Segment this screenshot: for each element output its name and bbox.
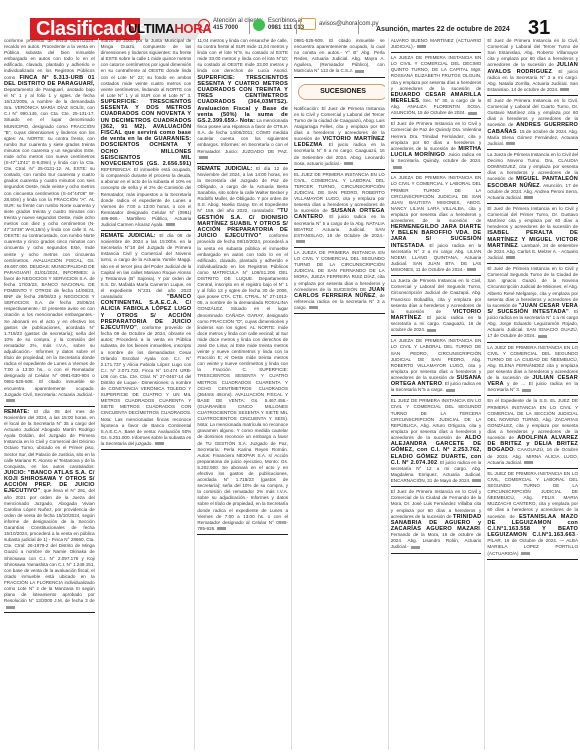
ad-text: EL JUEZ DE PRIMERA INSTANCIA EN LO CIVIL… — [487, 471, 578, 519]
classified-ad: LA JUEZ DE PRIMERA INSTANCIA EN LO CIVIL… — [487, 345, 578, 397]
logo-ultima: ULTIMA — [128, 21, 174, 36]
ad-signature-mark — [446, 389, 455, 392]
ad-heading: REMATE: — [4, 409, 29, 415]
classified-ad: LA JUEZA DE PRIMERA INSTANCIA EN LO CIVI… — [391, 175, 482, 276]
divider — [296, 20, 297, 34]
classified-ad: REMATE JUDICIAL: El día 08 de noviembre … — [101, 233, 192, 450]
classified-ad: El Juez de Primera Instancia en lo Civil… — [487, 266, 578, 342]
ad-text: conforme proveído de fecha 04/07/2024, r… — [4, 38, 95, 80]
ad-signature-mark — [467, 268, 476, 271]
mail-icon — [300, 18, 316, 30]
contact-whatsapp-value: 0981 111 013 — [268, 25, 304, 31]
classified-ad: 0981-525-509. El citado inmueble se encu… — [294, 38, 385, 78]
ad-signature-mark — [296, 240, 305, 243]
ad-signature-mark — [309, 306, 318, 309]
ad-signature-mark — [427, 329, 436, 332]
contact-whatsapp-label: Escríbinos al — [268, 18, 302, 24]
ad-signature-mark — [6, 606, 15, 609]
classifieds-columns: conforme proveído de fecha 04/07/2024, r… — [4, 38, 578, 750]
classified-ad: EL JUEZ DE PRIMERA INSTANCIA EN LO CIVIL… — [391, 398, 482, 487]
ad-text-tail: , conforme proveído de fecha 09 de Octub… — [101, 325, 192, 446]
section-title: Clasificados — [30, 18, 140, 40]
ad-signature-mark — [199, 156, 208, 159]
ad-text: En el Expediente de la S.S. EL JUEZ DE P… — [487, 398, 578, 440]
ad-text: LA JUEZA DE PRIMERA INSTANCIA EN LO CIVI… — [391, 175, 482, 223]
ad-signature-mark — [506, 142, 515, 145]
ad-signature-mark — [524, 461, 533, 464]
contact-email-value: avisos@uhora.com.py — [319, 21, 378, 28]
classified-ad: EL JUEZ DE PRIMERA INSTANCIA EN LO CIVIL… — [487, 471, 578, 560]
ad-signature-mark — [472, 479, 481, 482]
classified-ad: El Juez de Primera Instancia en lo Civil… — [487, 98, 578, 150]
ad-signature-mark — [217, 527, 226, 530]
ad-signature-mark — [522, 389, 531, 392]
classified-ad: LA JUEZA DE PRIMERA INSTANCIA EN LO CIVI… — [391, 55, 482, 119]
classified-ad: REMATE: El día 05 del mes de Noviembre d… — [4, 409, 95, 614]
page-number: 31 — [528, 17, 550, 40]
ad-text: LA JUEZA DE PRIMERA INSTANCIA EN LO CIVI… — [391, 55, 482, 90]
ad-signature-mark — [560, 88, 569, 91]
classified-ad: El Juez de Primera Instancia en lo Civil… — [487, 38, 578, 96]
ad-text-tail: , que lleva el N° 291, del año 2021 por … — [4, 488, 95, 603]
ad-text-tail: La mencionada finca posee una Hipoteca a… — [197, 118, 288, 154]
classified-ad: marzo de 2000 por la Junta Municipal de … — [101, 38, 192, 231]
ad-highlight: SUPERFICIE: TRESCIENTOS SESENTA Y DOS ME… — [101, 99, 192, 167]
column-2: marzo de 2000 por la Junta Municipal de … — [98, 38, 192, 750]
column-3: 11,04 metros y linda con ensanche de cal… — [194, 38, 288, 750]
ad-signature-mark — [166, 223, 175, 226]
sucesiones-section-badge: SUCESIONES — [298, 84, 385, 100]
classified-ad: La Jueza de Primera Instancia en lo Civi… — [391, 278, 482, 336]
issue-date: Asunción, martes 22 de octubre de 2024 — [376, 26, 510, 33]
classified-ad: La Jueza de Primera Instancia en lo Civi… — [487, 152, 578, 204]
classified-ad: LA JUEZA DE PRIMERA INSTANCIA EN LO CIVI… — [391, 338, 482, 396]
classified-ad: Notificación: El Juez de Primera Instanc… — [294, 106, 385, 170]
ad-signature-mark — [6, 399, 15, 402]
ad-signature-mark — [344, 162, 353, 165]
ad-text: LA JUEZA DE PRIMERA INSTANCIA EN LO CIVI… — [294, 250, 385, 292]
ad-signature-mark — [393, 166, 402, 169]
ad-heading: REMATE JUDICIAL: — [197, 166, 252, 172]
classified-ad: El Juez de Primera Instancia en lo Civil… — [487, 206, 578, 264]
divider — [358, 20, 359, 34]
whatsapp-icon — [253, 19, 265, 31]
ad-text-tail: Departamento de Paraguarí, anotado bajo … — [4, 87, 95, 397]
column-1: conforme proveído de fecha 04/07/2024, r… — [4, 38, 95, 750]
ad-highlight: SUPERFICIE: TRESCIENTOS SESENTA Y CUATRO… — [197, 75, 288, 124]
contact-email[interactable]: avisos@uhora.com.py — [300, 18, 378, 30]
ad-text-tail: conforme proveído de fecha 08/10/2024, p… — [197, 233, 288, 531]
ad-text: El día 12 de Noviembre del 2024, a las 1… — [197, 166, 288, 214]
column-5: ALVARO BUENO MARTÍNEZ (ACTUARIO JUDICIAL… — [388, 38, 482, 750]
classified-ad: ALVARO BUENO MARTÍNEZ (ACTUARIO JUDICIAL… — [391, 38, 482, 53]
ad-text: El día 05 del mes de Noviembre del 2024,… — [4, 409, 95, 469]
ad-text: 11,04 metros y linda con ensanche de cal… — [197, 38, 288, 73]
contact-phone-value: 415 7000 — [213, 25, 238, 31]
column-4: 0981-525-509. El citado inmueble se encu… — [291, 38, 385, 750]
ad-text-tail: REFERENCIA: El inmueble está ocupado, lo… — [101, 167, 192, 227]
ad-text: 0981-525-509. El citado inmueble se encu… — [294, 38, 385, 73]
page-header: Clasificados ULTIMAHORA Atención al clie… — [0, 0, 580, 36]
classified-ad: El Juez de Primera Instancia en lo Civil… — [391, 121, 482, 173]
phone-icon — [198, 19, 210, 31]
classified-ad: 11,04 metros y linda con ensanche de cal… — [197, 38, 288, 164]
ad-signature-mark — [538, 335, 547, 338]
divider — [249, 20, 250, 34]
ad-text: LA JUEZA DE PRIMERA INSTANCIA EN LO CIVI… — [391, 338, 482, 380]
classified-ad: REMATE JUDICIAL: El día 12 de Noviembre … — [197, 166, 288, 535]
ad-signature-mark — [506, 256, 515, 259]
ad-signature-mark — [417, 45, 426, 48]
classified-ad: LA JUEZA DE PRIMERA INSTANCIA EN LO CIVI… — [294, 250, 385, 314]
ad-signature-mark — [355, 70, 364, 73]
classified-ad: EL JUEZ DE PRIMERA INSTANCIA EN LO CIVIL… — [294, 172, 385, 248]
classified-ad: conforme proveído de fecha 04/07/2024, r… — [4, 38, 95, 407]
ad-text: EL JUEZ DE PRIMERA INSTANCIA EN LO CIVIL… — [294, 172, 385, 214]
ad-text: El Juez de Primera Instancia en lo Civil… — [487, 206, 578, 229]
column-6: El Juez de Primera Instancia en lo Civil… — [484, 38, 578, 750]
ad-signature-mark — [468, 112, 477, 115]
ad-text: EL JUEZ DE PRIMERA INSTANCIA EN LO CIVIL… — [391, 398, 482, 440]
ad-text: El día 08 de noviembre de 2024 a las 15:… — [101, 233, 192, 299]
classified-ad: El Juez de Primera Instancia en lo Civil… — [391, 489, 482, 553]
ad-signature-mark — [524, 196, 533, 199]
ad-text: ALVARO BUENO MARTÍNEZ (ACTUARIO JUDICIAL… — [391, 38, 482, 49]
classified-ad: En el Expediente de la S.S. EL JUEZ DE P… — [487, 398, 578, 468]
ad-signature-mark — [521, 552, 530, 555]
ad-heading: REMATE JUDICIAL: — [101, 233, 156, 239]
ad-text: El Juez de Primera Instancia en lo Civil… — [487, 266, 578, 308]
ad-signature-mark — [155, 442, 164, 445]
ad-text: marzo de 2000 por la Junta Municipal de … — [101, 38, 192, 98]
ad-signature-mark — [411, 546, 420, 549]
